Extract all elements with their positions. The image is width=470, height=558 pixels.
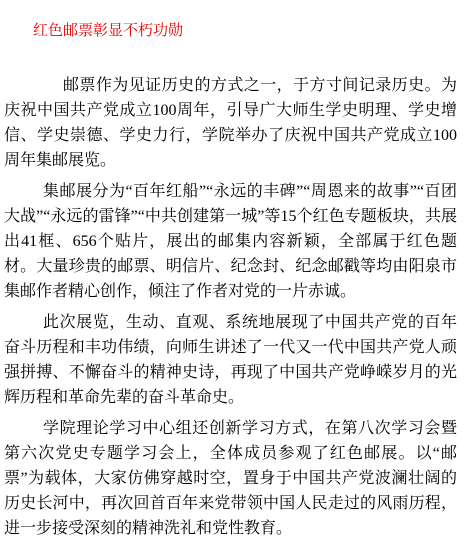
article-title: 红色邮票彰显不朽功勋 (33, 22, 470, 40)
article-paragraph-4: 学院理论学习中心组还创新学习方式，在第八次学习会暨第六次党史专题学习会上，全体成… (4, 416, 457, 541)
article-paragraph-3: 此次展览，生动、直观、系统地展现了中国共产党的百年奋斗历程和丰功伟绩，向师生讲述… (4, 310, 457, 410)
document-page: 红色邮票彰显不朽功勋 邮票作为见证历史的方式之一，于方寸间记录历史。为庆祝中国共… (0, 0, 470, 558)
article-paragraph-1: 邮票作为见证历史的方式之一，于方寸间记录历史。为庆祝中国共产党成立100周年，引… (4, 73, 457, 173)
article-body: 邮票作为见证历史的方式之一，于方寸间记录历史。为庆祝中国共产党成立100周年，引… (4, 73, 457, 541)
article-paragraph-2: 集邮展分为“百年红船”“永远的丰碑”“周恩来的故事”“百团大战”“永远的雷锋”“… (4, 179, 457, 304)
